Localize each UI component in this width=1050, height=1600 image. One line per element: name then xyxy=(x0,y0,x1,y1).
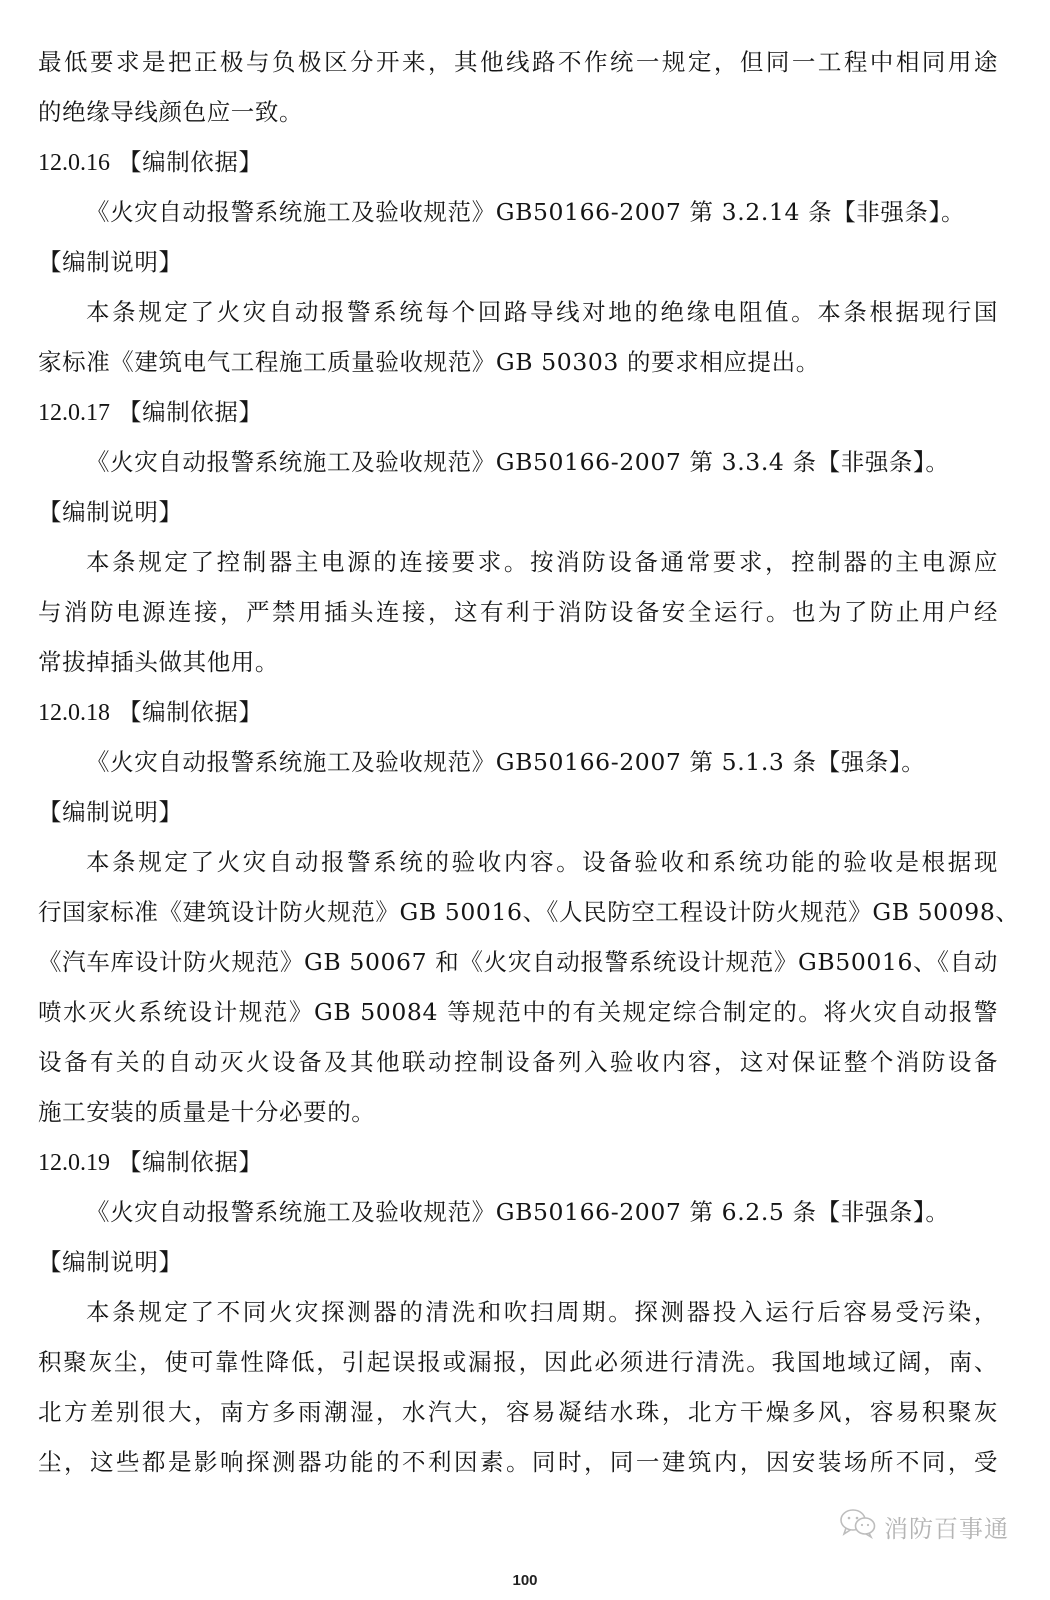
explain-label: 【编制说明】 xyxy=(38,494,183,530)
citation: 《火灾自动报警系统施工及验收规范》GB50166-2007 第 6.2.5 条【… xyxy=(86,1194,950,1230)
basis-label: 【编制依据】 xyxy=(118,148,263,176)
clause-heading: 12.0.18【编制依据】 xyxy=(38,694,263,730)
paragraph-line: 施工安装的质量是十分必要的。 xyxy=(38,1094,998,1130)
paragraph-line: 的绝缘导线颜色应一致。 xyxy=(38,94,998,130)
citation: 《火灾自动报警系统施工及验收规范》GB50166-2007 第 5.1.3 条【… xyxy=(86,744,925,780)
clause-number: 12.0.19 xyxy=(38,1150,110,1176)
citation: 《火灾自动报警系统施工及验收规范》GB50166-2007 第 3.3.4 条【… xyxy=(86,444,950,480)
basis-label: 【编制依据】 xyxy=(118,698,263,726)
citation: 《火灾自动报警系统施工及验收规范》GB50166-2007 第 3.2.14 条… xyxy=(86,194,965,230)
paragraph-line: 积聚灰尘，使可靠性降低，引起误报或漏报，因此必须进行清洗。我国地域辽阔，南、 xyxy=(38,1344,998,1380)
clause-number: 12.0.18 xyxy=(38,700,110,726)
paragraph-line: 《汽车库设计防火规范》GB 50067 和《火灾自动报警系统设计规范》GB500… xyxy=(38,944,998,980)
clause-number: 12.0.16 xyxy=(38,150,110,176)
paragraph-line: 北方差别很大，南方多雨潮湿，水汽大，容易凝结水珠，北方干燥多风，容易积聚灰 xyxy=(38,1394,998,1430)
clause-number: 12.0.17 xyxy=(38,400,110,426)
paragraph-line: 本条规定了火灾自动报警系统每个回路导线对地的绝缘电阻值。本条根据现行国 xyxy=(86,294,998,330)
paragraph-line: 喷水灭火系统设计规范》GB 50084 等规范中的有关规定综合制定的。将火灾自动… xyxy=(38,994,998,1030)
paragraph-line: 本条规定了不同火灾探测器的清洗和吹扫周期。探测器投入运行后容易受污染， xyxy=(86,1294,998,1330)
basis-label: 【编制依据】 xyxy=(118,1148,263,1176)
paragraph-line: 常拔掉插头做其他用。 xyxy=(38,644,998,680)
watermark-text: 消防百事通 xyxy=(884,1509,1009,1544)
explain-label: 【编制说明】 xyxy=(38,794,183,830)
explain-label: 【编制说明】 xyxy=(38,1244,183,1280)
paragraph-line: 本条规定了控制器主电源的连接要求。按消防设备通常要求，控制器的主电源应 xyxy=(86,544,998,580)
page-number: 100 xyxy=(0,1572,1050,1589)
clause-heading: 12.0.17【编制依据】 xyxy=(38,394,263,430)
paragraph-line: 最低要求是把正极与负极区分开来，其他线路不作统一规定，但同一工程中相同用途 xyxy=(38,44,998,80)
document-page: 最低要求是把正极与负极区分开来，其他线路不作统一规定，但同一工程中相同用途 的绝… xyxy=(0,0,1050,1600)
clause-heading: 12.0.19【编制依据】 xyxy=(38,1144,263,1180)
watermark: 消防百事通 xyxy=(838,1508,1009,1544)
paragraph-line: 家标准《建筑电气工程施工质量验收规范》GB 50303 的要求相应提出。 xyxy=(38,344,998,380)
paragraph-line: 本条规定了火灾自动报警系统的验收内容。设备验收和系统功能的验收是根据现 xyxy=(86,844,998,880)
explain-label: 【编制说明】 xyxy=(38,244,183,280)
basis-label: 【编制依据】 xyxy=(118,398,263,426)
paragraph-line: 尘，这些都是影响探测器功能的不利因素。同时，同一建筑内，因安装场所不同，受 xyxy=(38,1444,998,1480)
paragraph-line: 设备有关的自动灭火设备及其他联动控制设备列入验收内容，这对保证整个消防设备 xyxy=(38,1044,998,1080)
wechat-icon xyxy=(838,1507,884,1545)
paragraph-line: 行国家标准《建筑设计防火规范》GB 50016、《人民防空工程设计防火规范》GB… xyxy=(38,894,998,930)
clause-heading: 12.0.16【编制依据】 xyxy=(38,144,263,180)
paragraph-line: 与消防电源连接，严禁用插头连接，这有利于消防设备安全运行。也为了防止用户经 xyxy=(38,594,998,630)
